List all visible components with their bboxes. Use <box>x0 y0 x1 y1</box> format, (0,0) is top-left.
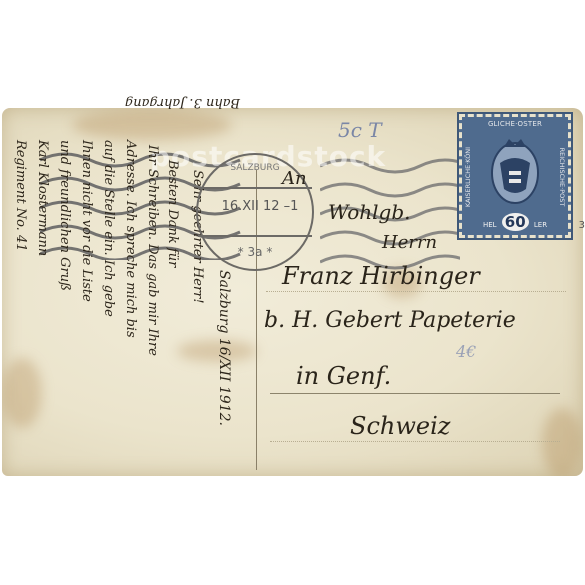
message-line: Regiment No. 41 <box>13 140 28 252</box>
address-name: Franz Hirbinger <box>282 262 480 290</box>
message-line: Adresse. Ich spreche mich bis <box>123 140 138 338</box>
stain <box>2 358 42 428</box>
pencil-note-top: 5c T <box>338 118 382 142</box>
address-company: b. H. Gebert Papeterie <box>264 308 516 333</box>
stamp-value: HEL 60 LER <box>462 213 568 231</box>
address-country: Schweiz <box>350 412 450 440</box>
message-line: Ihr Schreiben. Das gab mir Ihre <box>145 145 160 356</box>
address-salutation: An <box>282 168 307 189</box>
address-title: Wohlgb. <box>328 200 410 224</box>
stamp-unit-right: LER <box>534 221 547 229</box>
address-line <box>270 441 560 443</box>
stamp-inscription-right: REICHISCHE·POST <box>558 127 566 227</box>
address-line <box>266 291 566 293</box>
address-line <box>270 393 560 394</box>
message-place-date: Salzburg 16/XII 1912. <box>216 270 232 426</box>
message-line: Ihnen nicht vor die Liste <box>79 140 94 302</box>
postage-stamp: GLICHE·OSTER KAISERLICHE·KÖNI REICHISCHE… <box>459 114 571 238</box>
address-honorific: Herrn <box>382 232 437 253</box>
address-city: in Genf. <box>296 362 391 390</box>
coat-of-arms-icon <box>490 133 540 205</box>
edge-postmark-fragment: 3 <box>579 220 585 231</box>
message-line: Besten Dank für <box>165 160 180 267</box>
message-line: Karl Klostermann <box>35 140 50 256</box>
stamp-inscription-top: GLICHE·OSTER <box>462 120 568 128</box>
stamp-inscription-left: KAISERLICHE·KÖNI <box>464 127 472 227</box>
stain <box>72 110 232 140</box>
message-line: auf die Stelle ein. Ich gebe <box>101 140 116 317</box>
postmark-date: 16.XII 12 –1 <box>208 199 312 214</box>
message-line: und freundlichen Gruß <box>57 140 72 291</box>
pencil-price: 4€ <box>456 342 476 361</box>
stamp-denomination: 60 <box>502 213 529 231</box>
postmark-bottom-text: * 3a * <box>198 245 312 259</box>
postmark-code: 3a <box>248 245 263 259</box>
stamp-unit-left: HEL <box>483 221 497 229</box>
message-header: Bahn 3. Jahrgang <box>125 95 240 110</box>
